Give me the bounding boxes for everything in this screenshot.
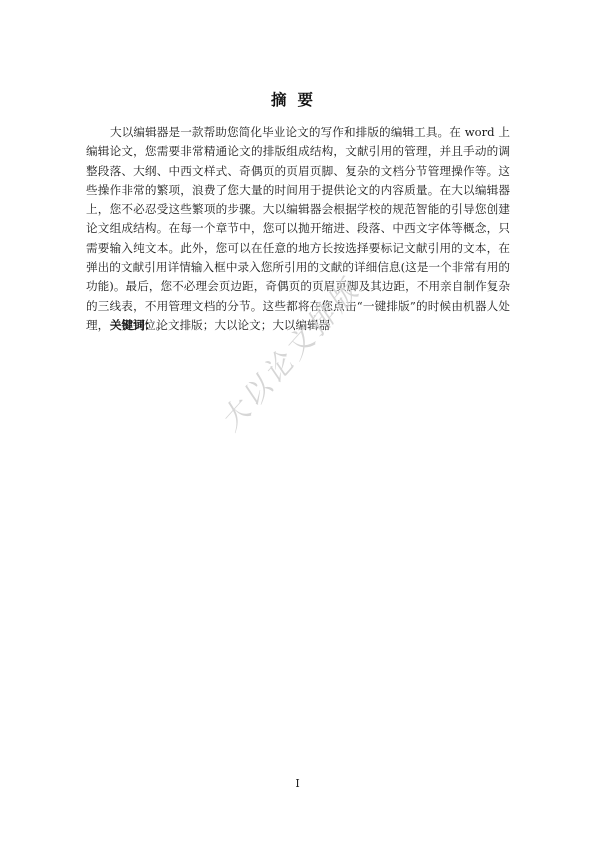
document-page: 摘要 大以编辑器是一款帮助您简化毕业论文的写作和排版的编辑工具。在 word 上… — [0, 0, 595, 842]
page-title: 摘要 — [0, 88, 595, 110]
keywords-label: 关键词： — [110, 318, 156, 332]
page-number: I — [0, 777, 595, 790]
abstract-paragraph: 大以编辑器是一款帮助您简化毕业论文的写作和排版的编辑工具。在 word 上编辑论… — [86, 123, 510, 335]
